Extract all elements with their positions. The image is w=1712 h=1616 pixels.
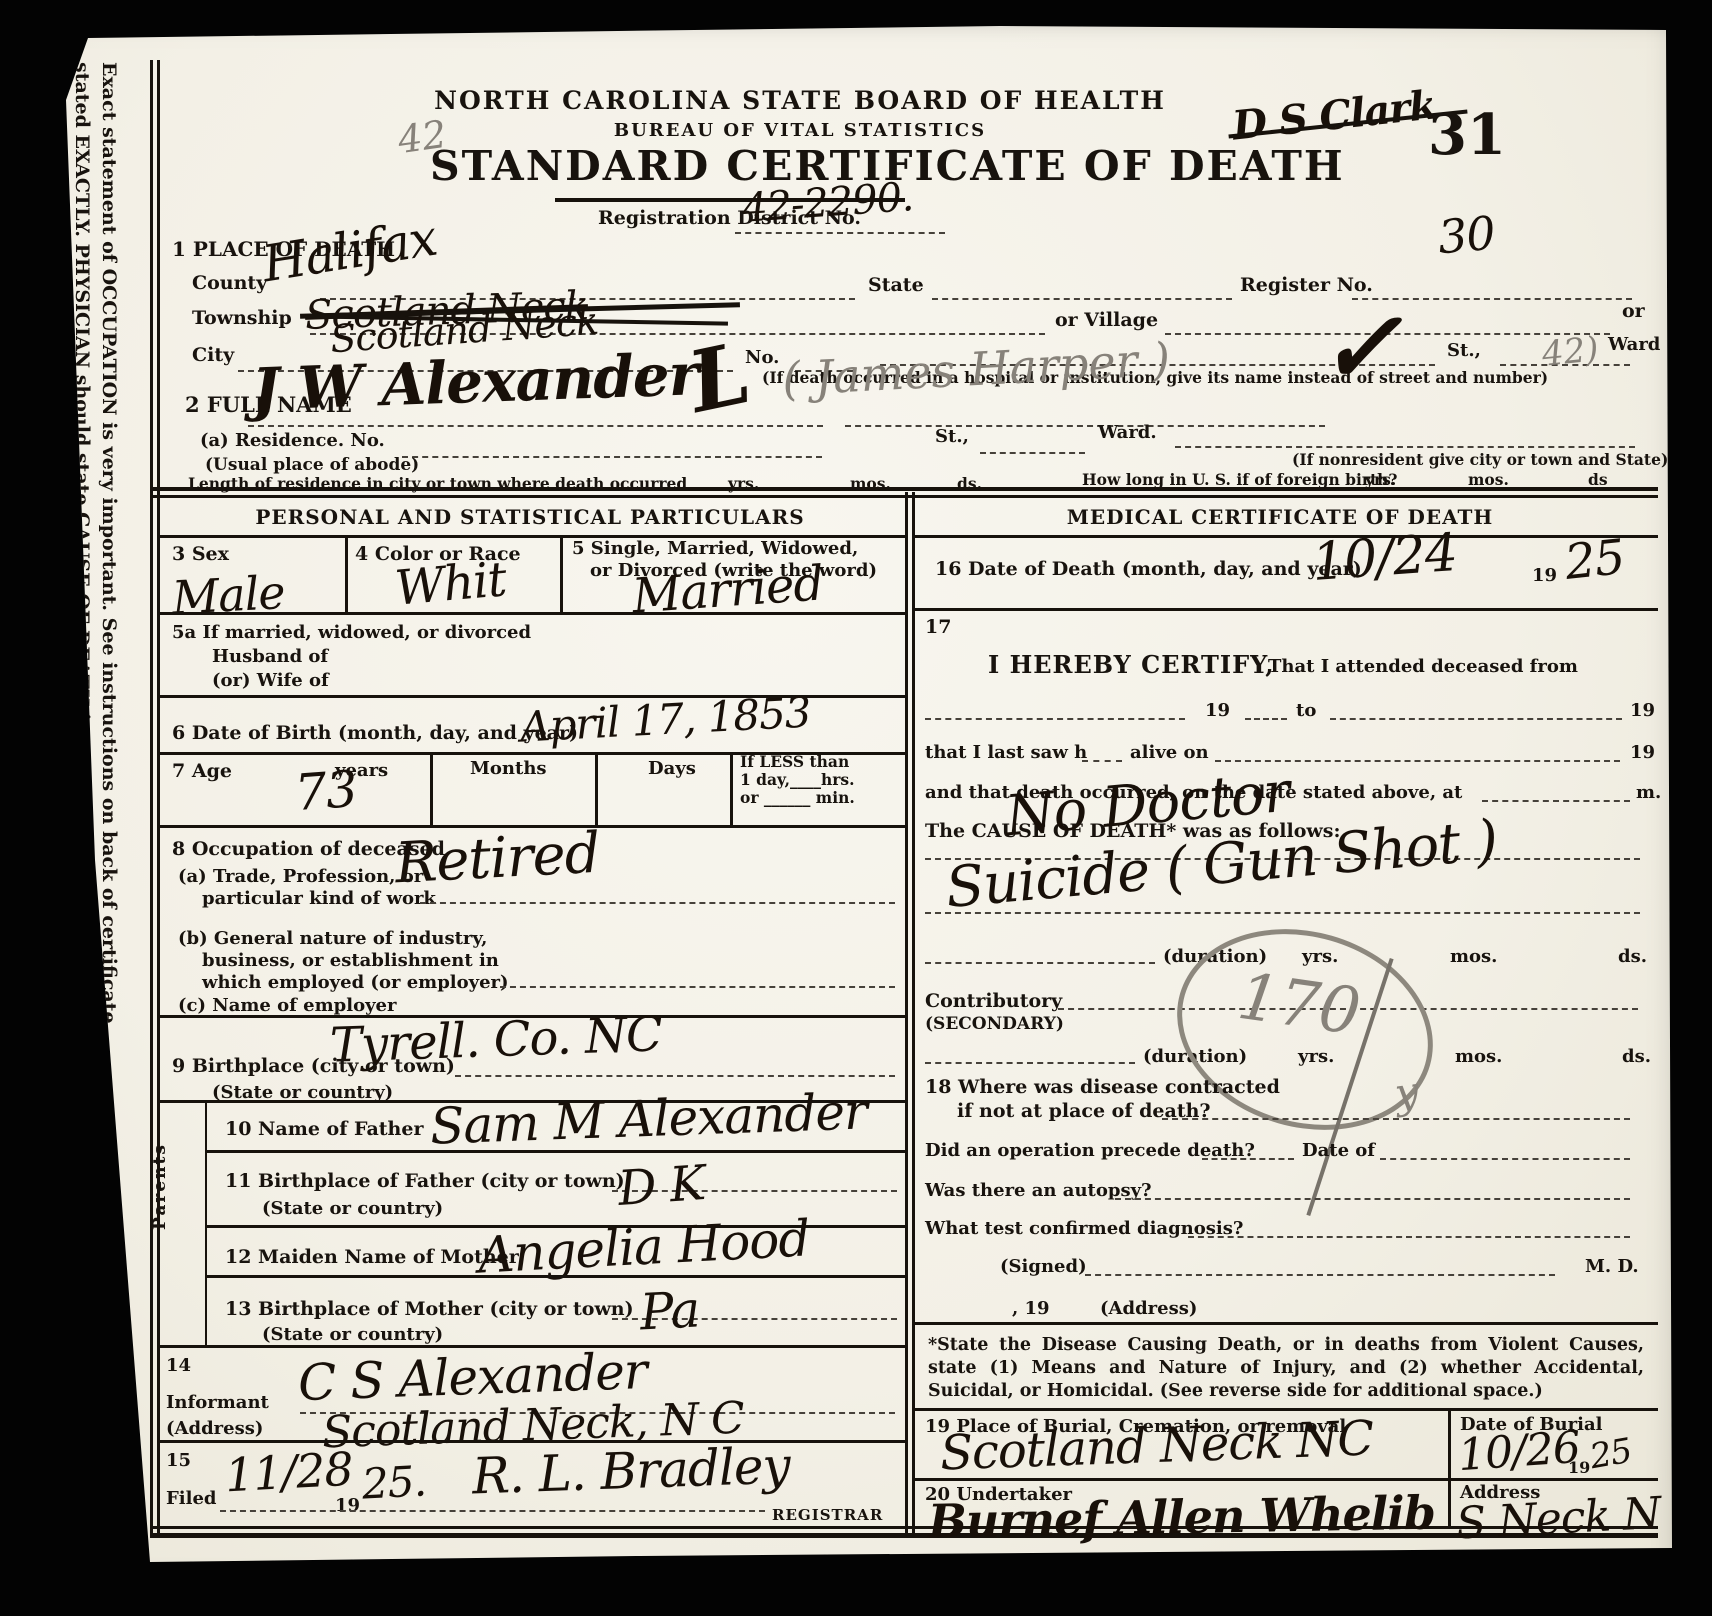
left-border-outer [150, 60, 153, 1534]
signed-label: (Signed) [1000, 1256, 1087, 1277]
county-label: County [192, 272, 267, 294]
age-months-label: Months [470, 758, 547, 779]
length-label: Length of residence in city or town wher… [188, 474, 687, 493]
sex-cell-divider [345, 535, 348, 612]
full-name-flourish: L [680, 323, 757, 432]
autopsy-line [1115, 1198, 1630, 1200]
duration-line [925, 962, 1155, 964]
residence-ward-label: Ward. [1098, 422, 1157, 443]
mother-bp-label: 13 Birthplace of Mother (city or town) [225, 1298, 634, 1320]
item-17: 17 [925, 616, 951, 638]
residence-st-line [980, 452, 1085, 454]
contributory-label: Contributory [925, 990, 1062, 1012]
row-10-rule [205, 1150, 905, 1153]
street-label: St., [1447, 340, 1481, 361]
age-less-2: 1 day,____hrs. [740, 770, 855, 789]
lastsaw-alive: alive on [1130, 742, 1209, 763]
length-yrs: yrs. [728, 474, 759, 493]
howlong-yrs: yrs. [1365, 470, 1396, 489]
race-cell-divider [560, 535, 563, 612]
city-label: City [192, 344, 234, 366]
certify-rest: That I attended deceased from [1268, 656, 1578, 677]
howlong-mos: mos. [1468, 470, 1509, 489]
duration-ds: ds. [1618, 946, 1647, 967]
full-name-line-2 [845, 425, 1325, 427]
occ-c-label: (c) Name of employer [178, 995, 396, 1016]
married-label-1: 5a If married, widowed, or divorced [172, 622, 531, 643]
age-div-3 [730, 752, 733, 825]
certify-19b: 19 [1630, 700, 1655, 721]
full-name-value: J W Alexander [251, 340, 699, 424]
age-label: 7 Age [172, 760, 232, 782]
mother-value: Angelia Hood [477, 1209, 811, 1284]
father-value: Sam M Alexander [429, 1082, 868, 1155]
sheet-number: 31 [1428, 102, 1506, 168]
age-div-2 [595, 752, 598, 825]
row-19-rule [912, 1478, 1658, 1481]
certificate-paper: Exact statement of OCCUPATION is very im… [0, 0, 1712, 1616]
dod-year-value: 25 [1562, 529, 1627, 591]
state-line [932, 298, 1232, 300]
age-value: 73 [293, 760, 359, 822]
cause-line-2 [925, 912, 1640, 914]
informant-label: Informant [166, 1392, 269, 1413]
occurred-line [1482, 800, 1630, 802]
age-days-label: Days [648, 758, 696, 779]
left-border-inner [157, 60, 160, 1534]
duration2-mos: mos. [1455, 1046, 1502, 1067]
footnote-rule [912, 1322, 1658, 1325]
certify-line-3 [1330, 718, 1622, 720]
filed-19: 19 [335, 1495, 360, 1516]
occupation-value: Retired [393, 821, 601, 897]
duration2-lead-line [925, 1062, 1135, 1064]
occ-b-1: (b) General nature of industry, [178, 928, 487, 949]
md-label: M. D. [1585, 1256, 1639, 1277]
medical-header-rule [912, 535, 1658, 538]
occ-a-line [420, 902, 895, 904]
abode-note: (Usual place of abode) [205, 455, 419, 475]
registrar-label: REGISTRAR [772, 1506, 883, 1524]
birthplace-line [455, 1075, 895, 1077]
dateof-label: Date of [1302, 1140, 1375, 1161]
test-line [1188, 1236, 1630, 1238]
residence-line [402, 456, 822, 458]
comma19-label: , 19 [1012, 1298, 1050, 1319]
parents-bracket [205, 1100, 207, 1345]
lastsaw-label: that I last saw h [925, 742, 1087, 763]
occ-b-line [500, 986, 895, 988]
sex-value: Male [171, 565, 286, 625]
dob-label: 6 Date of Birth (month, day, and year) [172, 722, 578, 744]
or-label: or [1622, 300, 1645, 322]
pencil-42b: 42) [1540, 329, 1600, 375]
lastsaw-line-1 [1082, 760, 1122, 762]
occ-a-1: (a) Trade, Profession, or [178, 866, 423, 887]
length-ds: ds. [957, 474, 982, 493]
signed-line [1085, 1274, 1555, 1276]
howlong-ds: ds [1588, 470, 1608, 489]
scanned-death-certificate: Exact statement of OCCUPATION is very im… [0, 0, 1712, 1616]
occ-b-2: business, or establishment in [202, 950, 499, 971]
margin-note-outer: stated EXACTLY. PHYSICIAN should state C… [68, 62, 95, 1552]
nonresident-note: (If nonresident give city or town and St… [1292, 450, 1668, 469]
burial-cell-divider [1448, 1408, 1451, 1478]
duration-mos: mos. [1450, 946, 1497, 967]
residence-st-label: St., [935, 426, 969, 447]
personal-header: PERSONAL AND STATISTICAL PARTICULARS [200, 505, 860, 529]
age-less-3: or ______ min. [740, 788, 855, 807]
filed-date-value: 11/28 [224, 1442, 354, 1503]
certify-bold: I HEREBY CERTIFY, [988, 650, 1275, 679]
filed-line [220, 1510, 765, 1512]
residence-ward-line [1175, 446, 1635, 448]
row-14-rule [157, 1440, 905, 1443]
footnote: *State the Disease Causing Death, or in … [928, 1334, 1644, 1403]
occ-a-2: particular kind of work [202, 888, 436, 909]
ward-label: Ward [1608, 334, 1660, 355]
undertaker-value: Burnef Allen Whelib [928, 1486, 1436, 1549]
certify-line-2 [1245, 718, 1287, 720]
undertaker-cell-divider [1448, 1478, 1451, 1526]
center-divider-left [905, 492, 908, 1534]
burial-date-value: 10/26 [1456, 1422, 1581, 1481]
burial-rule [912, 1408, 1658, 1411]
age-less-1: If LESS than [740, 752, 849, 771]
register-no-value: 30 [1436, 206, 1497, 265]
certify-19a: 19 [1205, 700, 1230, 721]
address19-label: (Address) [1100, 1298, 1197, 1319]
filed-label: Filed [166, 1488, 217, 1509]
father-bp-label: 11 Birthplace of Father (city or town) [225, 1170, 625, 1192]
mother-bp-note: (State or country) [262, 1324, 443, 1345]
org-title: NORTH CAROLINA STATE BOARD OF HEALTH [430, 86, 1170, 115]
full-name-pencil: ( James Harper ) [781, 332, 1172, 406]
or-village-label: or Village [1055, 309, 1158, 331]
house-no-label: No. [745, 347, 779, 368]
married-label-3: (or) Wife of [212, 670, 329, 691]
dateof-line [1380, 1158, 1630, 1160]
occ-b-3: which employed (or employer) [202, 972, 509, 993]
certify-to: to [1296, 700, 1316, 721]
where-label-1: 18 Where was disease contracted [925, 1076, 1280, 1098]
father-label: 10 Name of Father [225, 1118, 423, 1140]
certify-line-1 [925, 718, 1185, 720]
informant-address-label: (Address) [166, 1418, 263, 1439]
race-value: Whit [393, 551, 508, 616]
state-label: State [868, 274, 924, 296]
dod-19: 19 [1532, 565, 1557, 586]
married-label-2: Husband of [212, 646, 328, 667]
check-mark: ✓ [1318, 288, 1401, 406]
mother-label: 12 Maiden Name of Mother [225, 1246, 519, 1268]
father-bp-note: (State or country) [262, 1198, 443, 1219]
pencil-42: 42 [395, 112, 449, 162]
margin-note-inner: Exact statement of OCCUPATION is very im… [95, 62, 122, 1552]
dod-value: 10/24 [1310, 523, 1459, 593]
parents-label: Parents [150, 1143, 170, 1230]
residence-label: (a) Residence. No. [200, 430, 385, 451]
operation-line [1202, 1158, 1294, 1160]
length-mos: mos. [850, 474, 891, 493]
full-name-line [248, 425, 823, 427]
lastsaw-19: 19 [1630, 742, 1655, 763]
township-label: Township [192, 307, 292, 329]
occurred-m: m. [1636, 782, 1661, 803]
father-bp-value: D K [616, 1155, 706, 1217]
secondary-label: (SECONDARY) [925, 1014, 1064, 1034]
medical-header: MEDICAL CERTIFICATE OF DEATH [990, 505, 1570, 529]
mid-rule-bottom [150, 495, 1658, 498]
duration2-ds: ds. [1622, 1046, 1651, 1067]
row-345-rule [157, 612, 905, 615]
howlong-label: How long in U. S. if of foreign birth? [1082, 470, 1398, 489]
registrar-signature: R. L. Bradley [471, 1436, 791, 1505]
county-value: Halifax [259, 209, 441, 294]
filed-year-value: 25. [361, 1456, 427, 1508]
dod-label: 16 Date of Death (month, day, and year) [935, 558, 1362, 580]
sex-label: 3 Sex [172, 543, 229, 565]
where-line [1162, 1118, 1630, 1120]
mother-bp-value: Pa [639, 1280, 701, 1341]
informant-no: 14 [166, 1355, 191, 1376]
row-12-rule [205, 1275, 905, 1278]
regdist-line [735, 232, 945, 234]
bureau-title: BUREAU OF VITAL STATISTICS [430, 120, 1170, 141]
row-16-rule [912, 608, 1658, 611]
burial-date-19: 19 [1568, 1458, 1590, 1477]
age-div-1 [430, 752, 433, 825]
center-divider-right [912, 492, 915, 1534]
filed-no: 15 [166, 1450, 191, 1471]
burial-date-year: 25 [1587, 1431, 1635, 1478]
birthplace-label: 9 Birthplace (city or town) [172, 1055, 455, 1077]
